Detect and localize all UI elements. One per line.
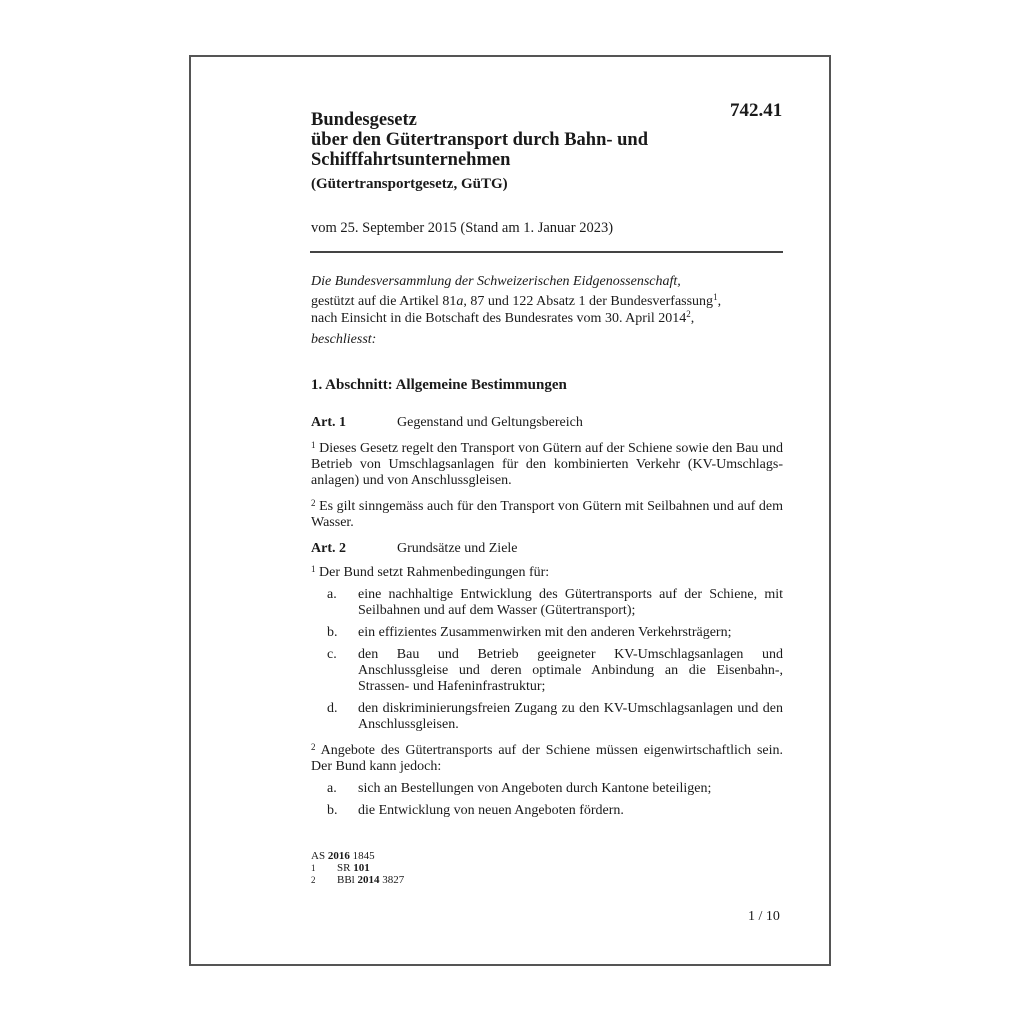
preamble-intro: Die Bundesversammlung der Schweizerische…	[311, 273, 783, 290]
list-item: b.die Entwicklung von neuen Angeboten fö…	[311, 803, 783, 819]
law-short-title: (Gütertransportgesetz, GüTG)	[311, 176, 508, 193]
title-line: über den Gütertransport durch Bahn- und	[311, 130, 648, 150]
preamble-message: nach Einsicht in die Botschaft des Bunde…	[311, 310, 783, 327]
text: 2016	[328, 850, 350, 862]
footnotes: AS 2016 1845 1SR 101 2BBl 2014 3827	[311, 850, 404, 886]
item-text: den diskriminierungsfreien Zugang zu den…	[358, 701, 783, 733]
text: SR	[337, 862, 350, 874]
item-list: a.eine nachhaltige Entwicklung des Güter…	[311, 587, 783, 733]
paragraph: 1 Dieses Gesetz regelt den Transport von…	[311, 437, 783, 489]
item-text: ein effizientes Zusammenwirken mit den a…	[358, 625, 783, 641]
item-label: a.	[311, 781, 358, 797]
text: , 87 und 122 Absatz 1 der Bundesverfassu…	[463, 294, 713, 309]
footnote: 1SR 101	[311, 862, 404, 874]
list-item: a.eine nachhaltige Entwicklung des Güter…	[311, 587, 783, 619]
preamble-resolves: beschliesst:	[311, 331, 783, 348]
article-title: Grundsätze und Ziele	[397, 541, 518, 557]
paragraph-number: 2	[311, 498, 316, 508]
paragraph-text: Es gilt sinngemäss auch für den Transpor…	[311, 499, 783, 530]
divider	[310, 251, 783, 253]
paragraph-number: 1	[311, 564, 316, 574]
footnote-number: 1	[311, 862, 337, 874]
page-number: 1 / 10	[748, 909, 780, 925]
list-item: c.den Bau und Betrieb geeigneter KV-Umsc…	[311, 647, 783, 695]
text: 101	[353, 862, 370, 874]
item-label: c.	[311, 647, 358, 695]
footnote: 2BBl 2014 3827	[311, 874, 404, 886]
text: AS	[311, 850, 325, 862]
item-text: sich an Bestellungen von Angeboten durch…	[358, 781, 783, 797]
text: gestützt auf die Artikel 81	[311, 294, 456, 309]
text: BBl	[337, 874, 355, 886]
article-number: Art. 2	[311, 541, 397, 557]
date-line: vom 25. September 2015 (Stand am 1. Janu…	[311, 220, 613, 237]
article-title: Gegenstand und Geltungsbereich	[397, 415, 583, 431]
item-label: d.	[311, 701, 358, 733]
paragraph-text: Dieses Gesetz regelt den Transport von G…	[311, 441, 783, 488]
item-label: a.	[311, 587, 358, 619]
title-line: Bundesgesetz	[311, 110, 648, 130]
list-item: b.ein effizientes Zusammenwirken mit den…	[311, 625, 783, 641]
paragraph: 1 Der Bund setzt Rahmenbedingungen für:	[311, 561, 783, 581]
paragraph-text: Der Bund setzt Rahmenbedingungen für:	[319, 565, 549, 580]
article-heading: Art. 2 Grundsätze und Ziele	[311, 541, 783, 557]
article-1: Art. 1 Gegenstand und Geltungsbereich 1 …	[311, 415, 783, 531]
item-label: b.	[311, 625, 358, 641]
text: 1845	[353, 850, 375, 862]
official-compilation-ref: AS 2016 1845	[311, 850, 404, 862]
law-title: Bundesgesetz über den Gütertransport dur…	[311, 110, 648, 170]
paragraph-number: 2	[311, 742, 316, 752]
article-2: Art. 2 Grundsätze und Ziele 1 Der Bund s…	[311, 541, 783, 819]
text: ,	[691, 311, 695, 326]
text: ,	[718, 294, 722, 309]
item-list: a.sich an Bestellungen von Angeboten dur…	[311, 781, 783, 819]
text: 3827	[382, 874, 404, 886]
item-text: die Entwicklung von neuen Angeboten förd…	[358, 803, 783, 819]
preamble-basis: gestützt auf die Artikel 81a, 87 und 122…	[311, 293, 783, 310]
paragraph: 2 Es gilt sinngemäss auch für den Transp…	[311, 495, 783, 531]
paragraph: 2 Angebote des Gütertransports auf der S…	[311, 739, 783, 775]
article-number: Art. 1	[311, 415, 397, 431]
footnote-number: 2	[311, 874, 337, 886]
text: 2014	[357, 874, 379, 886]
paragraph-number: 1	[311, 440, 316, 450]
article-heading: Art. 1 Gegenstand und Geltungsbereich	[311, 415, 783, 431]
item-label: b.	[311, 803, 358, 819]
preamble: Die Bundesversammlung der Schweizerische…	[311, 273, 783, 348]
sr-number: 742.41	[730, 100, 782, 122]
item-text: den Bau und Betrieb geeigneter KV-Umschl…	[358, 647, 783, 695]
section-heading: 1. Abschnitt: Allgemeine Bestimmungen	[311, 377, 567, 394]
list-item: a.sich an Bestellungen von Angeboten dur…	[311, 781, 783, 797]
text: nach Einsicht in die Botschaft des Bunde…	[311, 311, 686, 326]
title-line: Schifffahrtsunternehmen	[311, 150, 648, 170]
item-text: eine nachhaltige Entwicklung des Gütertr…	[358, 587, 783, 619]
paragraph-text: Angebote des Gütertransports auf der Sch…	[311, 743, 783, 774]
list-item: d.den diskriminierungsfreien Zugang zu d…	[311, 701, 783, 733]
